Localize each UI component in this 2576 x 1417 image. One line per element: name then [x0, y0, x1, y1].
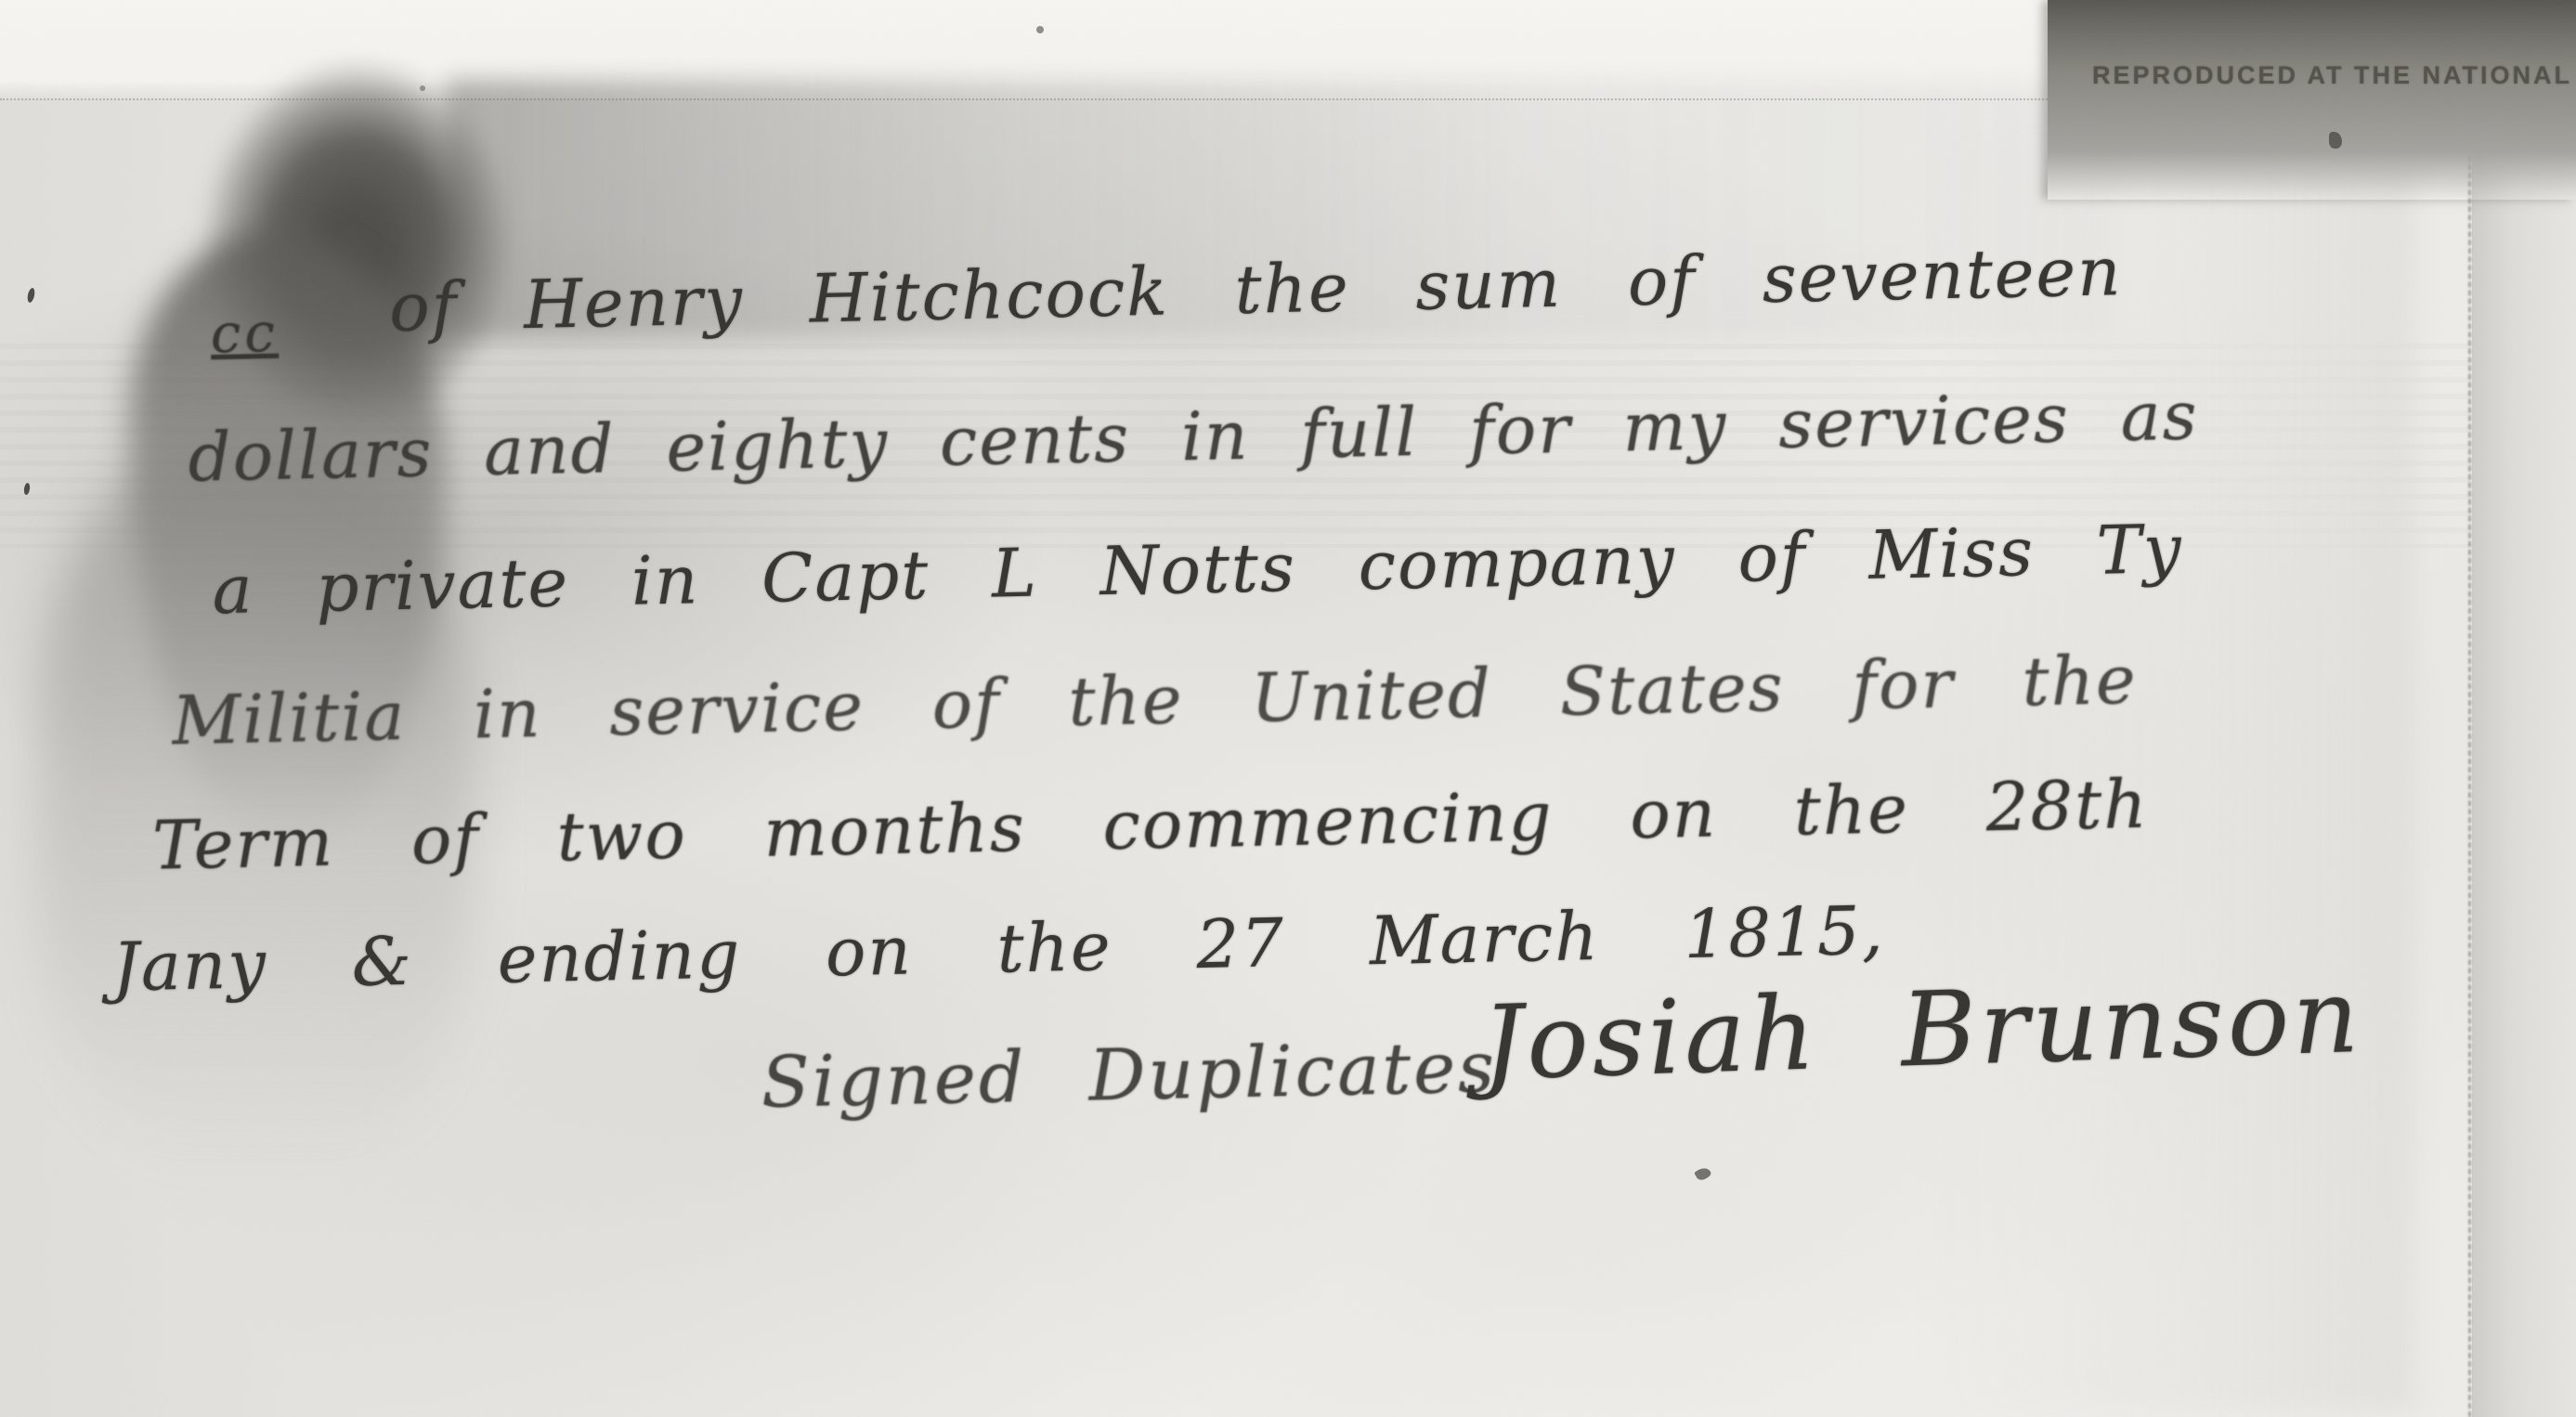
scanned-document: REPRODUCED AT THE NATIONAL ARCHIVES cc o…	[0, 0, 2576, 1417]
noise-overlay	[0, 0, 2576, 1417]
